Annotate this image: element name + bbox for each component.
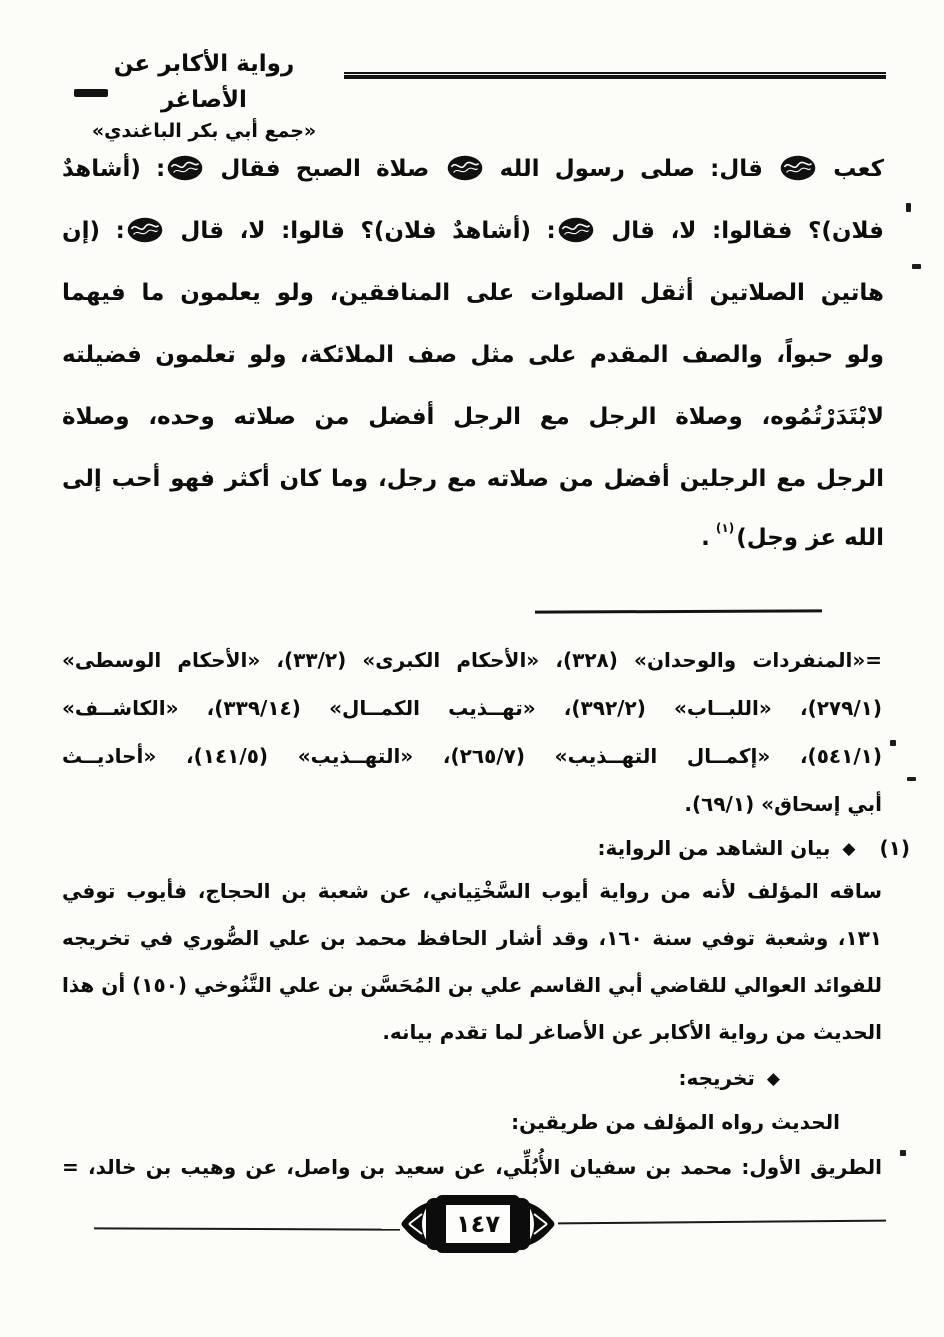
scan-speck <box>912 264 921 269</box>
footnote-body-line: للفوائد العوالي للقاضي أبي القاسم علي بن… <box>62 962 882 1009</box>
takhrij-heading: تخريجه: <box>679 1066 755 1090</box>
footnote-continuation-line: =«المنفردات والوحدان» (٣٢٨)، «الأحكام ال… <box>62 636 882 684</box>
scanned-book-page: رواية الأكابر عن الأصاغر «جمع أبي بكر ال… <box>0 0 944 1337</box>
takhrij-intro-line: الحديث رواه المؤلف من طريقين: <box>62 1100 840 1144</box>
takhrij-heading-row: ◆تخريجه: <box>62 1056 780 1100</box>
footnote-separator <box>535 609 822 613</box>
diamond-icon: ◆ <box>767 1069 780 1089</box>
footer-rule-right <box>558 1220 886 1225</box>
takhrij-path-line: الطريق الأول: محمد بن سفيان الأُبُلِّي، … <box>62 1144 882 1190</box>
footnote-1-heading-row: (١)◆بيان الشاهد من الرواية: <box>62 828 910 868</box>
footnote-heading: بيان الشاهد من الرواية: <box>598 836 831 860</box>
page-number: ١٤٧ <box>446 1205 510 1243</box>
footnote-body-line: ساقه المؤلف لأنه من رواية أيوب السَّخْتِ… <box>62 868 882 915</box>
footnote-body-line: ١٣١، وشعبة توفي سنة ١٦٠، وقد أشار الحافظ… <box>62 915 882 962</box>
footnote-1-body: ساقه المؤلف لأنه من رواية أيوب السَّخْتِ… <box>62 868 882 1056</box>
hadith-line: لابْتَدَرْتُمُوه، وصلاة الرجل مع الرجل أ… <box>62 386 884 448</box>
medallion-sallallahu-alayhi-wasallam-icon <box>558 217 594 243</box>
header-dash <box>74 89 108 97</box>
medallion-radiallahu-anhu-icon <box>780 155 816 181</box>
hadith-line: هاتين الصلاتين أثقل الصلوات على المنافقي… <box>62 262 884 324</box>
diamond-icon: ◆ <box>842 839 855 859</box>
hadith-line: كعب قال: صلى رسول الله صلاة الصبح فقال :… <box>62 138 884 200</box>
scan-speck <box>907 777 916 781</box>
hadith-text: كعب قال: صلى رسول الله صلاة الصبح فقال :… <box>62 138 884 566</box>
scan-speck <box>900 1150 906 1156</box>
hadith-closing-text: الله عز وجل) <box>736 525 884 551</box>
book-header: رواية الأكابر عن الأصاغر «جمع أبي بكر ال… <box>68 46 340 144</box>
medallion-sallallahu-alayhi-wasallam-icon <box>167 155 203 181</box>
scan-speck <box>906 203 911 212</box>
scan-speck <box>890 740 896 746</box>
header-rule <box>344 72 886 79</box>
hadith-line: الرجل مع الرجلين أفضل من صلاته مع رجل، و… <box>62 448 884 510</box>
medallion-sallallahu-alayhi-wasallam-icon <box>447 155 483 181</box>
closing-period: . <box>701 525 710 551</box>
hadith-line: فلان)؟ فقالوا: لا، قال : (أشاهدٌ فلان)؟ … <box>62 200 884 262</box>
footnote-body-line: الحديث من رواية الأكابر عن الأصاغر لما ت… <box>62 1009 882 1056</box>
footnote-continuation-line: (٥٤١/١)، «إكمــال التهــذيب» (٢٦٥/٧)، «ا… <box>62 732 882 780</box>
hadith-closing-line: الله عز وجل)(١). <box>62 510 884 566</box>
hadith-line: ولو حبواً، والصف المقدم على مثل صف الملا… <box>62 324 884 386</box>
footnote-number: (١) <box>880 836 911 860</box>
footnotes-block: =«المنفردات والوحدان» (٣٢٨)، «الأحكام ال… <box>62 636 882 1190</box>
page-number-cartouche: ١٤٧ <box>400 1194 556 1254</box>
footnote-continuation-line: أبي إسحاق» (٦٩/١). <box>62 780 882 828</box>
footer-rule-left <box>94 1227 400 1230</box>
footnote-continuation-line: (٢٧٩/١)، «اللبــاب» (٣٩٢/٢)، «تهــذيب ال… <box>62 684 882 732</box>
footnote-reference: (١) <box>716 521 734 535</box>
book-title: رواية الأكابر عن الأصاغر <box>68 46 340 118</box>
medallion-sallallahu-alayhi-wasallam-icon <box>127 217 163 243</box>
